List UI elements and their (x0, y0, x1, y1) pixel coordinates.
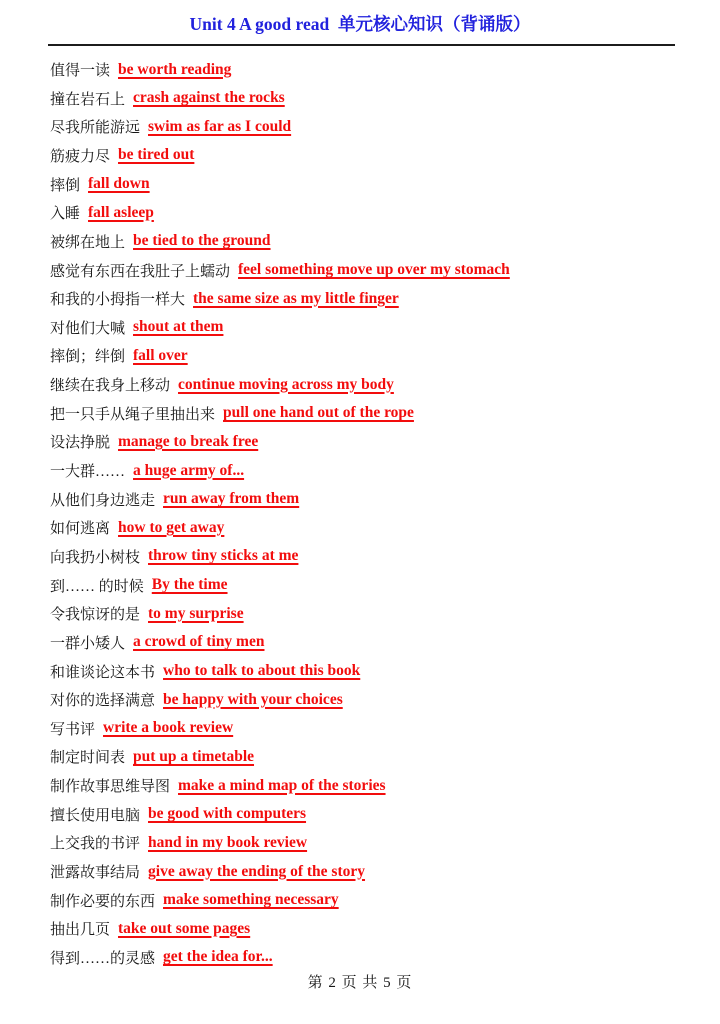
english-phrase: give away the ending of the story (148, 863, 365, 881)
english-phrase: throw tiny sticks at me (148, 547, 298, 565)
english-phrase: how to get away (118, 519, 224, 537)
phrase-row: 从他们身边逃走run away from them (50, 485, 680, 514)
chinese-phrase: 对他们大喊 (50, 317, 125, 338)
phrase-row: 如何逃离how to get away (50, 514, 680, 543)
phrase-row: 擅长使用电脑be good with computers (50, 800, 680, 829)
chinese-phrase: 得到……的灵感 (50, 947, 155, 968)
chinese-phrase: 撞在岩石上 (50, 88, 125, 109)
phrase-row: 上交我的书评hand in my book review (50, 829, 680, 858)
english-phrase: be tied to the ground (133, 232, 271, 250)
phrase-row: 感觉有东西在我肚子上蠕动feel something move up over … (50, 256, 680, 285)
chinese-phrase: 对你的选择满意 (50, 689, 155, 710)
chinese-phrase: 制定时间表 (50, 746, 125, 767)
english-phrase: be tired out (118, 146, 194, 164)
chinese-phrase: 继续在我身上移动 (50, 374, 170, 395)
title-divider (48, 44, 675, 46)
chinese-phrase: 和谁谈论这本书 (50, 661, 155, 682)
chinese-phrase: 值得一读 (50, 59, 110, 80)
english-phrase: By the time (152, 576, 228, 594)
english-phrase: who to talk to about this book (163, 662, 360, 680)
chinese-phrase: 到…… 的时候 (50, 575, 144, 596)
page-number: 第 2 页 共 5 页 (0, 973, 720, 993)
english-phrase: the same size as my little finger (193, 290, 399, 308)
phrase-row: 筋疲力尽be tired out (50, 141, 680, 170)
phrase-row: 尽我所能游远swim as far as I could (50, 113, 680, 142)
chinese-phrase: 感觉有东西在我肚子上蠕动 (50, 260, 230, 281)
english-phrase: be happy with your choices (163, 691, 343, 709)
chinese-phrase: 写书评 (50, 718, 95, 739)
phrase-row: 抽出几页take out some pages (50, 914, 680, 943)
english-phrase: feel something move up over my stomach (238, 261, 510, 279)
chinese-phrase: 被绑在地上 (50, 231, 125, 252)
phrase-row: 制作必要的东西make something necessary (50, 886, 680, 915)
phrase-row: 写书评write a book review (50, 714, 680, 743)
phrase-row: 撞在岩石上crash against the rocks (50, 84, 680, 113)
document-page: Unit 4 A good read 单元核心知识（背诵版） 值得一读be wo… (0, 0, 720, 1024)
phrase-row: 摔倒；绊倒fall over (50, 342, 680, 371)
chinese-phrase: 一大群…… (50, 460, 125, 481)
chinese-phrase: 摔倒 (50, 174, 80, 195)
chinese-phrase: 尽我所能游远 (50, 116, 140, 137)
english-phrase: swim as far as I could (148, 118, 291, 136)
english-phrase: to my surprise (148, 605, 244, 623)
phrase-row: 对他们大喊shout at them (50, 313, 680, 342)
phrase-row: 值得一读be worth reading (50, 55, 680, 84)
chinese-phrase: 入睡 (50, 202, 80, 223)
english-phrase: pull one hand out of the rope (223, 404, 414, 422)
english-phrase: put up a timetable (133, 748, 254, 766)
english-phrase: crash against the rocks (133, 89, 285, 107)
chinese-phrase: 和我的小拇指一样大 (50, 288, 185, 309)
chinese-phrase: 泄露故事结局 (50, 861, 140, 882)
english-phrase: manage to break free (118, 433, 258, 451)
page-title: Unit 4 A good read 单元核心知识（背诵版） (0, 15, 720, 34)
chinese-phrase: 从他们身边逃走 (50, 489, 155, 510)
phrase-row: 继续在我身上移动continue moving across my body (50, 370, 680, 399)
english-phrase: be good with computers (148, 805, 306, 823)
chinese-phrase: 把一只手从绳子里抽出来 (50, 403, 215, 424)
chinese-phrase: 擅长使用电脑 (50, 804, 140, 825)
chinese-phrase: 如何逃离 (50, 517, 110, 538)
chinese-phrase: 筋疲力尽 (50, 145, 110, 166)
english-phrase: a crowd of tiny men (133, 633, 264, 651)
english-phrase: hand in my book review (148, 834, 307, 852)
english-phrase: make a mind map of the stories (178, 777, 386, 795)
chinese-phrase: 设法挣脱 (50, 431, 110, 452)
english-phrase: get the idea for... (163, 948, 273, 966)
phrase-row: 一群小矮人a crowd of tiny men (50, 628, 680, 657)
english-phrase: take out some pages (118, 920, 250, 938)
chinese-phrase: 摔倒；绊倒 (50, 345, 125, 366)
chinese-phrase: 向我扔小树枝 (50, 546, 140, 567)
phrase-list: 值得一读be worth reading撞在岩石上crash against t… (50, 55, 680, 972)
english-phrase: make something necessary (163, 891, 339, 909)
chinese-phrase: 上交我的书评 (50, 832, 140, 853)
page-header: Unit 4 A good read 单元核心知识（背诵版） (0, 0, 720, 46)
phrase-row: 被绑在地上be tied to the ground (50, 227, 680, 256)
english-phrase: shout at them (133, 318, 223, 336)
phrase-row: 令我惊讶的是to my surprise (50, 599, 680, 628)
phrase-row: 入睡fall asleep (50, 198, 680, 227)
english-phrase: be worth reading (118, 61, 231, 79)
chinese-phrase: 制作故事思维导图 (50, 775, 170, 796)
english-phrase: continue moving across my body (178, 376, 394, 394)
phrase-row: 泄露故事结局give away the ending of the story (50, 857, 680, 886)
phrase-row: 和谁谈论这本书who to talk to about this book (50, 657, 680, 686)
english-phrase: fall asleep (88, 204, 154, 222)
phrase-row: 得到……的灵感get the idea for... (50, 943, 680, 972)
chinese-phrase: 令我惊讶的是 (50, 603, 140, 624)
english-phrase: fall down (88, 175, 150, 193)
phrase-row: 对你的选择满意be happy with your choices (50, 685, 680, 714)
english-phrase: a huge army of... (133, 462, 244, 480)
phrase-row: 和我的小拇指一样大the same size as my little fing… (50, 284, 680, 313)
english-phrase: fall over (133, 347, 188, 365)
phrase-row: 制作故事思维导图make a mind map of the stories (50, 771, 680, 800)
phrase-row: 一大群……a huge army of... (50, 456, 680, 485)
phrase-row: 制定时间表put up a timetable (50, 743, 680, 772)
chinese-phrase: 一群小矮人 (50, 632, 125, 653)
phrase-row: 到…… 的时候By the time (50, 571, 680, 600)
chinese-phrase: 抽出几页 (50, 918, 110, 939)
english-phrase: write a book review (103, 719, 233, 737)
phrase-row: 设法挣脱manage to break free (50, 428, 680, 457)
chinese-phrase: 制作必要的东西 (50, 890, 155, 911)
phrase-row: 向我扔小树枝throw tiny sticks at me (50, 542, 680, 571)
english-phrase: run away from them (163, 490, 299, 508)
phrase-row: 摔倒fall down (50, 170, 680, 199)
phrase-row: 把一只手从绳子里抽出来pull one hand out of the rope (50, 399, 680, 428)
